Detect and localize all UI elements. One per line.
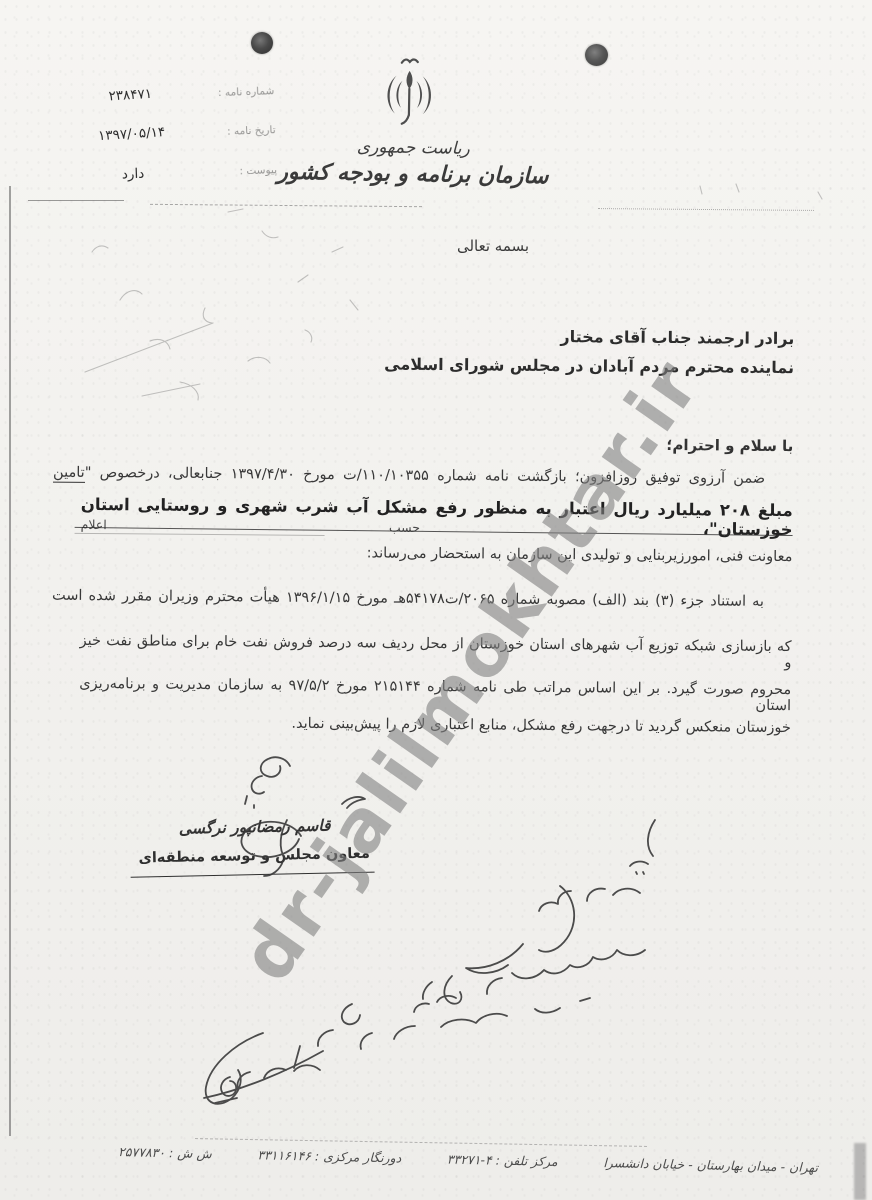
addressee-role: نماینده محترم مردم آبادان در مجلس شورای … bbox=[384, 355, 794, 378]
paragraph1-line2-tail: حسب اعلام bbox=[81, 517, 421, 535]
paragraph1-line1-text: ضمن آرزوی توفیق روزافزون؛ بازگشت نامه شم… bbox=[85, 465, 765, 487]
addressee-name: برادر ارجمند جناب آقای مختار bbox=[560, 327, 794, 348]
paragraph1-line3: معاونت فنی، امورزیربنایی و تولیدی این سا… bbox=[80, 543, 792, 565]
scanned-letter-page: شماره نامه : ۲۳۸۴۷۱ تاریخ نامه : ۱۳۹۷/۰۵… bbox=[0, 0, 872, 1200]
salutation: با سلام و احترام؛ bbox=[666, 436, 793, 455]
letter-body: برادر ارجمند جناب آقای مختار نماینده محت… bbox=[0, 0, 872, 1200]
footer-phone: مرکز تلفن : ۴-۳۳۲۷۱ bbox=[447, 1152, 558, 1170]
footer-registry-number: ش ش : ۲۵۷۷۸۳۰ bbox=[118, 1144, 212, 1161]
paragraph1-underlined-word: تامین bbox=[53, 465, 85, 483]
paragraph2-line1: به استناد جزء (۳) بند (الف) مصوبه شماره … bbox=[52, 588, 792, 610]
paragraph1-line2: مبلغ ۲۰۸ میلیارد ریال اعتبار به منظور رف… bbox=[81, 495, 793, 539]
paragraph1-line1: ضمن آرزوی توفیق روزافزون؛ بازگشت نامه شم… bbox=[53, 465, 793, 487]
